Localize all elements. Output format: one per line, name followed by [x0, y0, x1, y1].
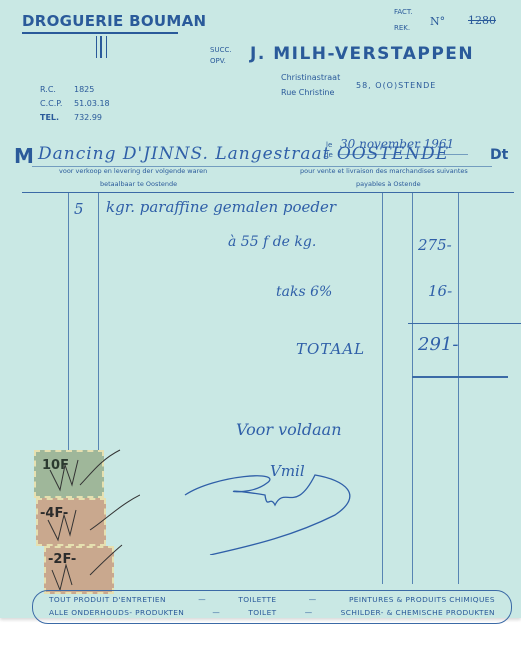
number-city: 58, O(O)STENDE	[356, 81, 436, 90]
street-fr: Rue Christine	[281, 88, 334, 97]
recipient-handwritten: Dancing D'JINNS. Langestraat OOSTENDE	[38, 144, 449, 164]
street-nl: Christinastraat	[281, 73, 340, 82]
rek-label: REK.	[394, 24, 410, 32]
footer-separator: —	[212, 608, 220, 617]
item-1-amount: 275-	[418, 236, 452, 254]
signature-text: Vmil	[270, 462, 305, 480]
rc-label: R.C.	[40, 85, 56, 94]
item-1-detail: à 55 f de kg.	[228, 234, 316, 250]
rc-value: 1825	[74, 85, 94, 94]
subtotal-rule	[408, 323, 521, 324]
footer-line-fr: TOUT PRODUIT D'ENTRETIEN — TOILETTE — PE…	[49, 595, 495, 604]
succ-label: SUCC.	[210, 46, 232, 54]
opv-label: OPV.	[210, 57, 226, 65]
number-label: N°	[430, 15, 445, 28]
footer-product-banner: TOUT PRODUIT D'ENTRETIEN — TOILETTE — PE…	[32, 590, 512, 624]
total-amount: 291-	[418, 334, 458, 355]
nl-terms-line2: betaalbaar te Oostende	[100, 180, 177, 188]
col-line-right	[458, 192, 459, 584]
triple-bar-ornament	[96, 36, 107, 58]
invoice-number: 1280	[468, 14, 496, 27]
invoice-paper: DROGUERIE BOUMAN R.C. 1825 C.C.P. 51.03.…	[0, 0, 521, 618]
fact-label: FACT.	[394, 8, 413, 16]
footer-separator: —	[198, 595, 206, 604]
fr-terms-line1: pour vente et livraison des marchandises…	[300, 167, 468, 175]
ccp-value: 51.03.18	[74, 99, 110, 108]
signature-note: Voor voldaan	[236, 420, 342, 439]
item-2-detail: taks 6%	[276, 284, 332, 300]
tel-value: 732.99	[74, 113, 102, 122]
dt-label: Dt	[490, 147, 508, 163]
col-line-unit	[382, 192, 383, 584]
item-1-qty: 5	[74, 200, 84, 218]
owner-name: J. MILH-VERSTAPPEN	[250, 44, 474, 64]
total-double-rule	[412, 376, 508, 378]
ccp-label: C.C.P.	[40, 99, 62, 108]
footer-fr-item: PEINTURES & PRODUITS CHIMIQUES	[349, 595, 495, 604]
item-1-description: kgr. paraffine gemalen poeder	[106, 198, 336, 216]
recipient-m-label: M	[14, 144, 34, 168]
footer-fr-item: TOUT PRODUIT D'ENTRETIEN	[49, 595, 166, 604]
brand-underline	[22, 32, 178, 34]
tel-label: TEL.	[40, 113, 59, 122]
footer-fr-item: TOILETTE	[238, 595, 276, 604]
footer-nl-item: ALLE ONDERHOUDS- PRODUKTEN	[49, 608, 184, 617]
col-line-amount	[412, 192, 413, 584]
fr-terms-line2: payables à Ostende	[356, 180, 421, 188]
footer-nl-item: SCHILDER- & CHEMISCHE PRODUKTEN	[341, 608, 495, 617]
table-top-rule	[22, 192, 514, 193]
nl-terms-line1: voor verkoop en levering der volgende wa…	[59, 167, 207, 175]
stamp-cancellation-marks-icon	[30, 430, 140, 600]
footer-nl-item: TOILET	[248, 608, 276, 617]
footer-separator: —	[305, 608, 313, 617]
footer-separator: —	[309, 595, 317, 604]
footer-line-nl: ALLE ONDERHOUDS- PRODUKTEN — TOILET — SC…	[49, 608, 495, 617]
store-name: DROGUERIE BOUMAN	[22, 12, 206, 30]
total-label: TOTAAL	[296, 340, 365, 358]
item-2-amount: 16-	[428, 282, 452, 300]
